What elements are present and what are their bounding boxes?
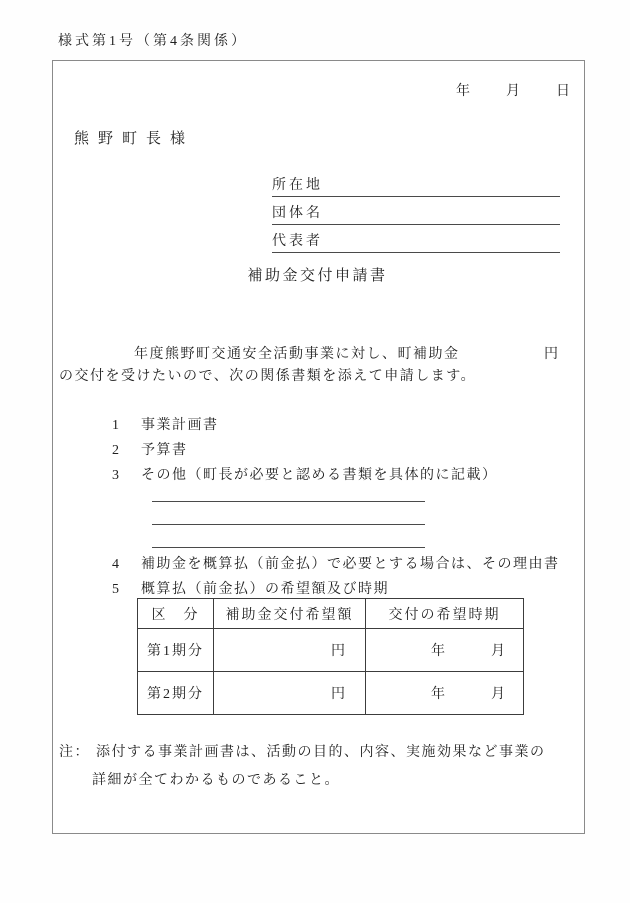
term1-amount-unit: 円 — [214, 629, 366, 672]
term1-period: 年月 — [366, 629, 524, 672]
date-month-label: 月 — [506, 80, 520, 100]
payment-request-table: 区 分 補助金交付希望額 交付の希望時期 第1期分 円 年月 第2期分 円 年月 — [137, 598, 524, 715]
term1-month-label: 月 — [491, 644, 507, 659]
term2-month-label: 月 — [491, 687, 507, 702]
attachment-item-5-number: 5 — [112, 582, 141, 598]
term2-amount-unit: 円 — [214, 672, 366, 715]
date-day-label: 日 — [556, 80, 570, 100]
attachment-item-1-text: 事業計画書 — [141, 418, 219, 433]
field-representative-label: 代表者 — [272, 234, 323, 249]
field-address: 所在地 — [272, 174, 560, 197]
attachment-item-3-number: 3 — [112, 468, 141, 484]
field-representative: 代表者 — [272, 230, 560, 253]
attachment-item-4-number: 4 — [112, 557, 141, 573]
attachment-item-2-number: 2 — [112, 443, 141, 459]
blank-writing-line-1 — [152, 501, 425, 502]
table-header-category: 区 分 — [138, 599, 214, 629]
blank-writing-line-3 — [152, 547, 425, 548]
attachment-item-1: 1事業計画書 — [112, 414, 219, 434]
term2-year-label: 年 — [431, 687, 447, 702]
note-text-line1: 添付する事業計画書は、活動の目的、内容、実施効果など事業の — [96, 741, 546, 761]
field-address-label: 所在地 — [272, 178, 323, 193]
attachment-item-4: 4補助金を概算払（前金払）で必要とする場合は、その理由書 — [112, 553, 560, 573]
date-year-label: 年 — [456, 80, 470, 100]
attachment-item-5: 5概算払（前金払）の希望額及び時期 — [112, 578, 389, 598]
document-page: 様式第1号（第4条関係） 年 月 日 熊野町長様 所在地 団体名 代表者 補助金… — [0, 0, 630, 903]
attachment-item-2: 2予算書 — [112, 439, 188, 459]
table-header-row: 区 分 補助金交付希望額 交付の希望時期 — [138, 599, 524, 629]
field-organization-name-label: 団体名 — [272, 206, 323, 221]
addressee-honorific: 様 — [170, 131, 194, 147]
table-header-period: 交付の希望時期 — [366, 599, 524, 629]
body-paragraph-line2: の交付を受けたいので、次の関係書類を添えて申請します。 — [59, 365, 476, 385]
table-header-amount: 補助金交付希望額 — [214, 599, 366, 629]
term2-category: 第2期分 — [138, 672, 214, 715]
term2-period: 年月 — [366, 672, 524, 715]
attachment-item-3: 3その他（町長が必要と認める書類を具体的に記載） — [112, 464, 498, 484]
attachment-item-2-text: 予算書 — [141, 443, 188, 458]
attachment-item-1-number: 1 — [112, 418, 141, 434]
field-organization-name: 団体名 — [272, 202, 560, 225]
attachment-item-5-text: 概算払（前金払）の希望額及び時期 — [141, 582, 389, 597]
term1-category: 第1期分 — [138, 629, 214, 672]
body-paragraph-line1: 年度熊野町交通安全活動事業に対し、町補助金 — [134, 343, 460, 363]
form-number-label: 様式第1号（第4条関係） — [58, 30, 248, 50]
blank-writing-line-2 — [152, 524, 425, 525]
note-text-line2: 詳細が全てわかるものであること。 — [92, 769, 340, 789]
addressee-line: 熊野町長様 — [74, 127, 194, 148]
date-line: 年 月 日 — [456, 80, 570, 100]
attachment-item-4-text: 補助金を概算払（前金払）で必要とする場合は、その理由書 — [141, 557, 560, 572]
body-yen-unit-label: 円 — [544, 343, 558, 363]
document-title: 補助金交付申請書 — [52, 264, 583, 285]
addressee-name: 熊野町長 — [74, 131, 170, 147]
attachment-item-3-text: その他（町長が必要と認める書類を具体的に記載） — [141, 468, 498, 483]
table-row-term2: 第2期分 円 年月 — [138, 672, 524, 715]
note-label: 注： — [59, 741, 90, 761]
table-row-term1: 第1期分 円 年月 — [138, 629, 524, 672]
term1-year-label: 年 — [431, 644, 447, 659]
